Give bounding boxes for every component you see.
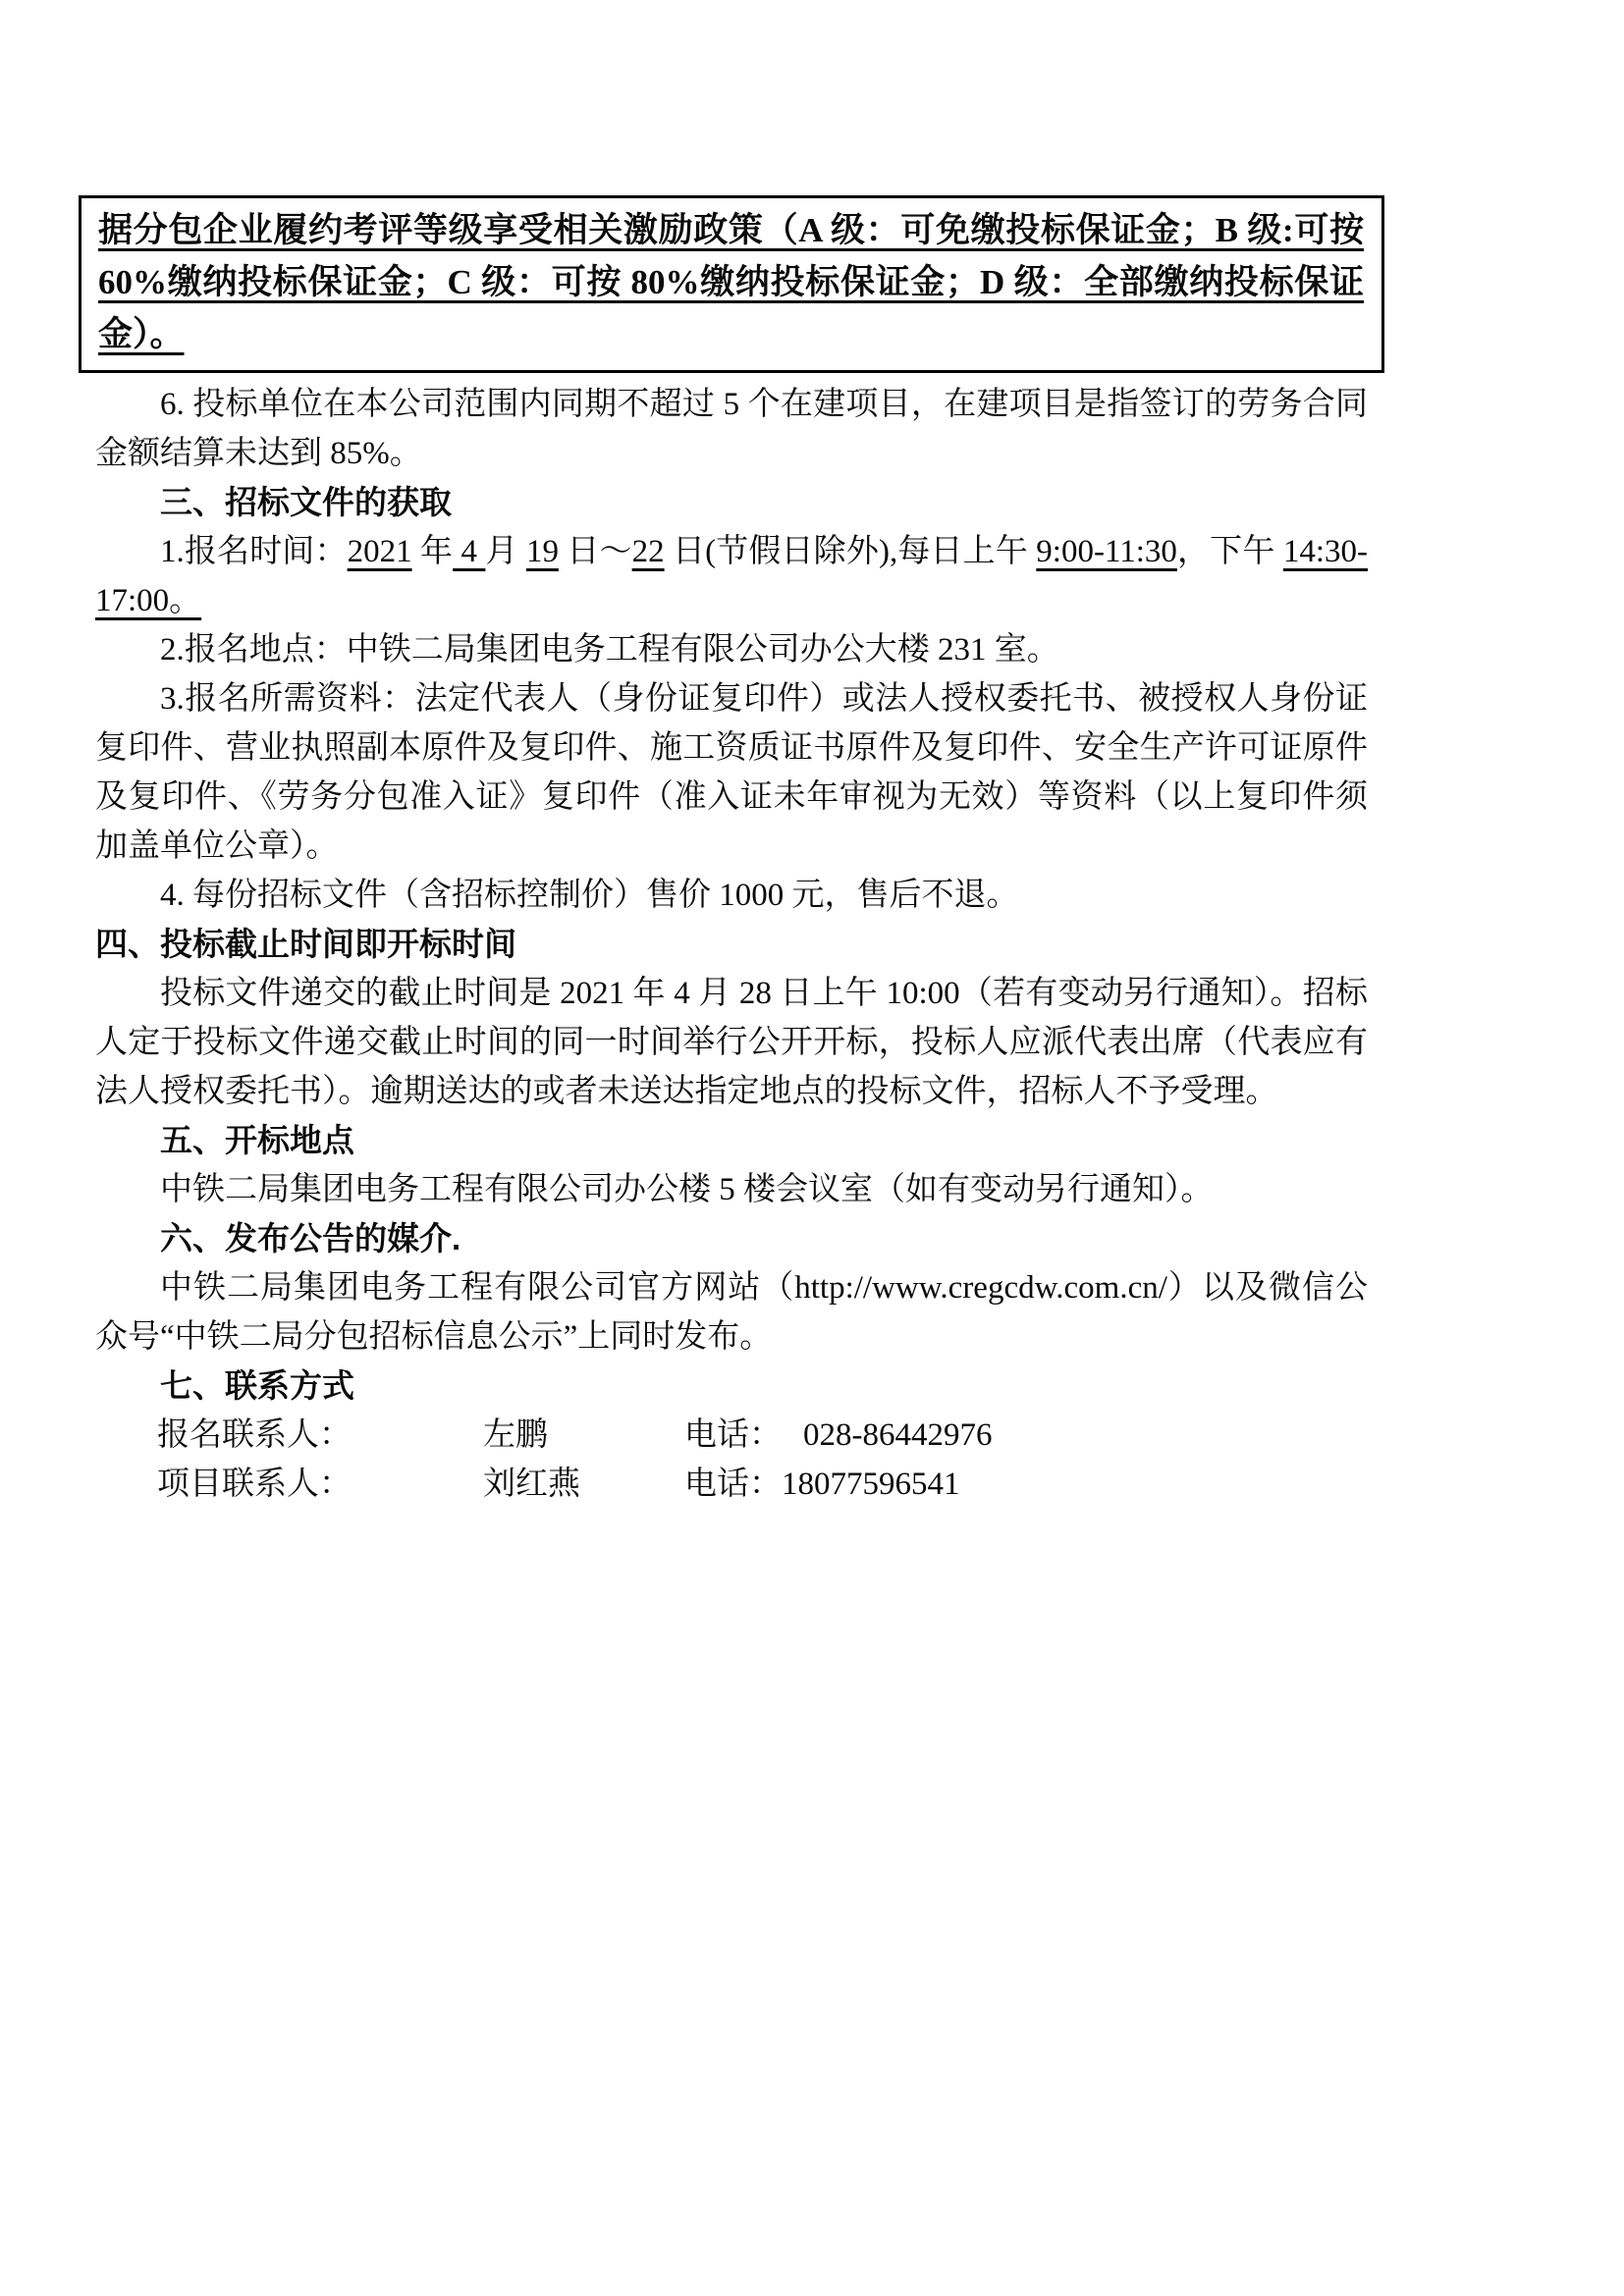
- underlined-blank-value: 4: [453, 534, 485, 569]
- plain-text-segment: 月: [485, 534, 526, 569]
- contact-name-project: 刘红燕: [483, 1460, 684, 1509]
- contact-name-signup: 左鹏: [483, 1411, 684, 1460]
- contact-row-signup: 报名联系人： 左鹏 电话： 028-86442976: [95, 1411, 1368, 1460]
- underlined-blank-value: 22: [632, 534, 665, 569]
- paragraph-bid-opening-location: 中铁二局集团电务工程有限公司办公楼 5 楼会议室（如有变动另行通知）。: [95, 1165, 1368, 1214]
- contact-tel-number-signup: 028-86442976: [803, 1411, 993, 1460]
- incentive-policy-notice-box: 据分包企业履约考评等级享受相关激励政策（A 级：可免缴投标保证金；B 级:可按 …: [79, 195, 1384, 373]
- heading-section-4-bid-deadline: 四、投标截止时间即开标时间: [95, 920, 1368, 969]
- contact-tel-label-project: 电话：: [684, 1460, 782, 1509]
- incentive-policy-text: 据分包企业履约考评等级享受相关激励政策（A 级：可免缴投标保证金；B 级:可按 …: [98, 211, 1364, 353]
- heading-section-6-announcement-media: 六、发布公告的媒介.: [95, 1214, 1368, 1263]
- body-column: 6. 投标单位在本公司范围内同期不超过 5 个在建项目，在建项目是指签订的劳务合…: [95, 380, 1368, 1509]
- document-page: { "page": { "background": "#ffffff", "te…: [0, 0, 1624, 2296]
- plain-text-segment: 年: [412, 534, 454, 569]
- contact-tel-label-signup: 电话：: [684, 1411, 782, 1460]
- plain-text-segment: 日(节假日除外),每日上午: [665, 534, 1037, 569]
- underlined-blank-value: 2021: [348, 534, 412, 569]
- paragraph-signup-location: 2.报名地点：中铁二局集团电务工程有限公司办公大楼 231 室。: [95, 625, 1368, 674]
- paragraph-bid-deadline-details: 投标文件递交的截止时间是 2021 年 4 月 28 日上午 10:00（若有变…: [95, 969, 1368, 1116]
- paragraph-signup-materials: 3.报名所需资料：法定代表人（身份证复印件）或法人授权委托书、被授权人身份证复印…: [95, 674, 1368, 871]
- paragraph-signup-time: 1.报名时间：2021 年 4 月 19 日～22 日(节假日除外),每日上午 …: [95, 527, 1368, 625]
- plain-text-segment: 日～: [559, 534, 632, 569]
- heading-section-3-obtaining-bid-documents: 三、招标文件的获取: [95, 478, 1368, 527]
- page-content: 据分包企业履约考评等级享受相关激励政策（A 级：可免缴投标保证金；B 级:可按 …: [79, 195, 1384, 1509]
- plain-text-segment: 1.报名时间：: [160, 534, 348, 569]
- underlined-blank-value: 19: [526, 534, 559, 569]
- heading-section-5-bid-opening-location: 五、开标地点: [95, 1116, 1368, 1165]
- underlined-blank-value: 9:00-11:30: [1036, 534, 1177, 569]
- contact-tel-number-project: 18077596541: [782, 1460, 960, 1509]
- contact-row-project: 项目联系人： 刘红燕 电话： 18077596541: [95, 1460, 1368, 1509]
- paragraph-item-6-project-limit: 6. 投标单位在本公司范围内同期不超过 5 个在建项目，在建项目是指签订的劳务合…: [95, 380, 1368, 478]
- contact-label-signup: 报名联系人：: [157, 1411, 483, 1460]
- paragraph-announcement-media: 中铁二局集团电务工程有限公司官方网站（http://www.cregcdw.co…: [95, 1263, 1368, 1362]
- paragraph-document-price: 4. 每份招标文件（含招标控制价）售价 1000 元，售后不退。: [95, 871, 1368, 920]
- plain-text-segment: ，下午: [1177, 534, 1283, 569]
- heading-section-7-contact-info: 七、联系方式: [95, 1362, 1368, 1411]
- contact-label-project: 项目联系人：: [157, 1460, 483, 1509]
